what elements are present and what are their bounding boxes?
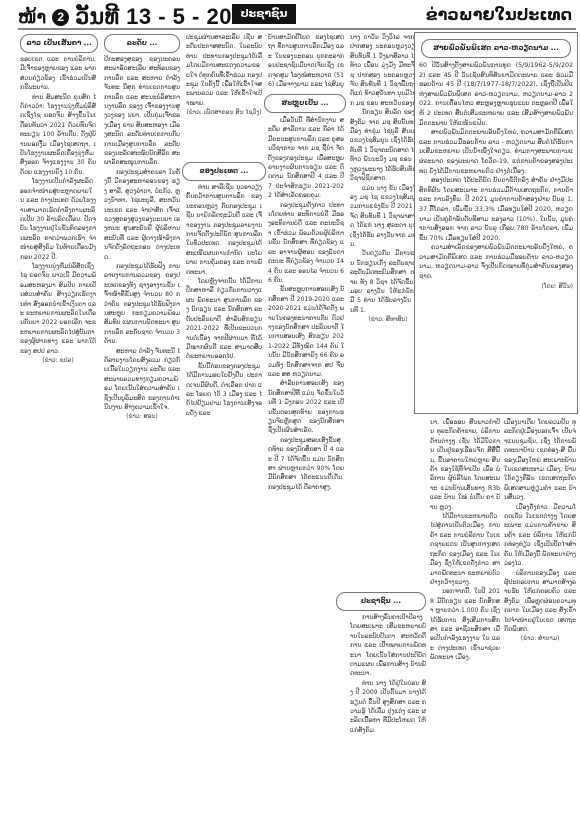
- feature-body: 60 ປີວັນສ້າງຕັ້ງສາຍພົວພັນການທູດ (5/9/196…: [419, 61, 573, 411]
- article-credit: (ຂ່າວ: ສອນ): [104, 412, 180, 421]
- paragraph: ສາຍພົວພັນມິດຕະພາບອັນຍິ່ງໃຫຍ່, ຄວາມສາມັກຄ…: [419, 128, 573, 176]
- paragraph: ບໍລິການຂອງເມືອງ ແລະ ຜູ້ປະກອບການ ສາມາດສ້າ…: [504, 569, 576, 635]
- paragraph: ຂອບເຂດ ແລະ ການບໍລິການ, ມີເຈົ້າຂອງຫຼາຍຂອງ…: [20, 55, 96, 93]
- paragraph: ເມື່ອວັນນີ້ ທີ່ສຳນັກງານ ສະດີຍ ສາລີການ ແລ…: [268, 116, 344, 201]
- headline-pill-4: ຂອງປະເທດ ...: [182, 162, 266, 181]
- section-title: ຂ່າວພາຍໃນປະເທດ: [426, 5, 572, 24]
- article-column-3: ທ່ານ ສາລີເຊີນ ນຸວອາວຽງ ຄົ້ນຄວ້າການສູນການ…: [186, 183, 262, 815]
- article-column-1: ຂອບເຂດ ແລະ ການບໍລິການ, ມີເຈົ້າຂອງຫຼາຍຂອງ…: [20, 55, 96, 815]
- paragraph: ກອງປະຊຸມສອບເສັງຂັ້ນສຸດທ້າຍ ຂອງນັກສຶກສາ ປ…: [268, 436, 344, 492]
- paragraph: ນອກຈາກນີ້, ໃນປີ 2018 ມີນັກຮຽນ ແລະ ນັກສຶກ…: [430, 587, 500, 662]
- article-column-5-bottom: ການສ້າງລົ້ນຄາເປ້າປີລາງ ໂດຍສະເພາະ ເສີມຂະຫ…: [350, 613, 426, 815]
- paragraph: 60 ປີວັນສ້າງຕັ້ງສາຍພົວພັນການທູດ (5/9/196…: [419, 61, 573, 128]
- page-date-header: ໜ້າ 2 ວັນທີ 13 - 5 - 2022: [18, 4, 257, 30]
- paragraph: ສະຫາຍ ດໍາລັງ ຈັນທະນີ ໄດ້ລາຍງານໂດຍສັງລວມ …: [104, 347, 180, 413]
- page-label: ໜ້າ: [18, 7, 46, 28]
- newspaper-brand: ປະຊາຊົນ: [232, 4, 296, 24]
- paragraph: ບ້ານສາມັກຄີໂບດ ຂອງໄຊເສດຖາ ທີ່ການສູນການລຶ…: [268, 33, 344, 91]
- paragraph: ສອງປະເທດ ໄດ້ປະຕິບັດ ບັນດາຂໍ້ຕົກລົງ ສໍາຄັ…: [419, 176, 573, 243]
- article-credit: (ຂ່າວ: ສຳນາມ): [504, 634, 576, 643]
- paragraph: ເມືອງນາເຕີຍ ໂດຍລວມປັນ ທຸລະກິດຢູ່ເມືອງບອກ…: [504, 418, 576, 503]
- paragraph: ເມືອງດັ່ງກ່າວ ມີຄວາມໂດດເດັ່ນ ໃນເຂດຕ່າງໆ …: [504, 503, 576, 569]
- headline-pill-5: ປະຊາຊົນ ...: [336, 592, 426, 611]
- page-number-badge: 2: [52, 9, 69, 26]
- paragraph: ປີກະສອງສຸຂອງ ຂອງນະຄອນ ສະພາອັດສະເລີຍ ສະທ້…: [104, 55, 180, 168]
- paragraph: ທ່ານ ສາລີເຊີນ ນຸວອາວຽງ ຄົ້ນຄວ້າການສູນການ…: [186, 183, 262, 277]
- paragraph: ຄວາມສໍາເລັດຂອງສາຍພົວພັນມິດຕະພາບອັນຍິ່ງໃຫ…: [419, 243, 573, 281]
- paragraph: ຂັ້ນນີ້ກ່ອນຂອງກອງປະຊຸມ ໄດ້ມີການມອບໃບຢັ້ງ…: [186, 362, 262, 418]
- article-column-7: ນາ. ເພື່ອຮອບ ສີນພາວກໍາປັນ ທຸລະກິດຄ້າຂາຍ,…: [430, 418, 500, 815]
- paragraph: ທ່ານ ນາງ ໄດ້ຢູ່ໃນບ່ອນ ສົງ ປີ 2009 ເປັນຕົ…: [350, 679, 426, 735]
- paragraph: ທ່ານ ສົມສະນິດ ຄຸນສັກ ໄດ້ກ່າວວ່າ: ໂຮງງານນ…: [20, 93, 96, 178]
- issue-date: ວັນທີ 13 - 5 - 2022: [75, 4, 257, 30]
- headline-pill-1: ລາວ ເປັນເສັນຄາ ...: [20, 34, 98, 53]
- article-column-4: ເມື່ອວັນນີ້ ທີ່ສຳນັກງານ ສະດີຍ ສາລີການ ແລ…: [268, 116, 344, 815]
- paragraph: ກອງປະຊຸມສໍາຄນລາ ໃນຄັ້ງນີ້ ມີກອງສະຫາລອນຂອ…: [104, 168, 180, 262]
- article-column-2: ປີກະສອງສຸຂອງ ຂອງນະຄອນ ສະພາອັດສະເລີຍ ສະທ້…: [104, 55, 180, 815]
- article-credit: (ໂດຍ: ສີວັນ): [419, 282, 573, 292]
- paragraph: ສໍາລັບການສອບເສັງ ຂອງນັກສຶກສາປີທີ່ ແມ່ນ ຈ…: [268, 379, 344, 435]
- paragraph: ຂັ້ນສະຫຼຸບການສອບເສັງ ນັກສຶກສາ ປີ 2019-20…: [268, 285, 344, 379]
- paragraph: ກອງປະຊຸມດັ່ງກ່າວ ປະທານໂດຍທ່ານ ອະທິການບໍດ…: [268, 201, 344, 286]
- header-rule: [18, 28, 576, 30]
- paragraph: ການສ້າງລົ້ນຄາເປ້າປີລາງ ໂດຍສະເພາະ ເສີມຂະຫ…: [350, 613, 426, 679]
- paragraph: ໂຮງງານເປັນກໍາລັງຜະລິດ ອອກຈໍາໜ່າຍສູ່ຕະຫຼາ…: [20, 177, 96, 262]
- headline-pill-3: ສະຫຼຸບເປັນ ...: [264, 94, 346, 113]
- article-credit: (ຂ່າວ: ຂປລ): [20, 356, 96, 365]
- article-column-4-top: ບ້ານສາມັກຄີໂບດ ຂອງໄຊເສດຖາ ທີ່ການສູນການລຶ…: [268, 33, 344, 91]
- paragraph: ປະຊຸມຜ່ານສາລະເລີຍ ເຊີນ ສະດັບປະກາສສະນິດ. …: [186, 33, 262, 108]
- headline-pill-6: ສາຍພົວພັນພິເສດ ລາວ-ຫວຽດນາມ ...: [421, 39, 571, 58]
- paragraph: ໂດຍຫຼັງຈາກນັ້ນ ໄດ້ມີການປຶກສາຫາລື ກ່ຽວກັບ…: [186, 277, 262, 362]
- article-column-8: ເມືອງນາເຕີຍ ໂດຍລວມປັນ ທຸລະກິດຢູ່ເມືອງບອກ…: [504, 418, 576, 815]
- article-column-3-top: ປະຊຸມຜ່ານສາລະເລີຍ ເຊີນ ສະດັບປະກາສສະນິດ. …: [186, 33, 262, 161]
- paragraph: ກອງປະຊຸມໄດ້ຮັບຟັງ ການລາຍງານການລວມຂອງ ຄອງ…: [104, 262, 180, 347]
- paragraph: ໂຮງງານນຸ່ງຫົ່ມບໍລິສັດເຊິ່ງໄຊ ຍອດຈິນ ພາວເ…: [20, 262, 96, 356]
- masthead: ໜ້າ 2 ວັນທີ 13 - 5 - 2022 ປະຊາຊົນ ຂ່າວພາ…: [0, 0, 580, 28]
- headline-pill-2: ລະດັບ ...: [104, 34, 180, 53]
- paragraph: ໄດ້ມີການຂະຫຍາຍຕົວ ໄປສູ່ການເປັນຕົວເມືອງ ກ…: [430, 512, 500, 587]
- feature-box: ສາຍພົວພັນພິເສດ ລາວ-ຫວຽດນາມ ... 60 ປີວັນສ…: [414, 32, 578, 414]
- article-credit: (ຂ່າວ: ເພັດສາຄອນ ສິນ ໄຊວົງ): [186, 108, 262, 117]
- paragraph: ນາ. ເພື່ອຮອບ ສີນພາວກໍາປັນ ທຸລະກິດຄ້າຂາຍ,…: [430, 418, 500, 512]
